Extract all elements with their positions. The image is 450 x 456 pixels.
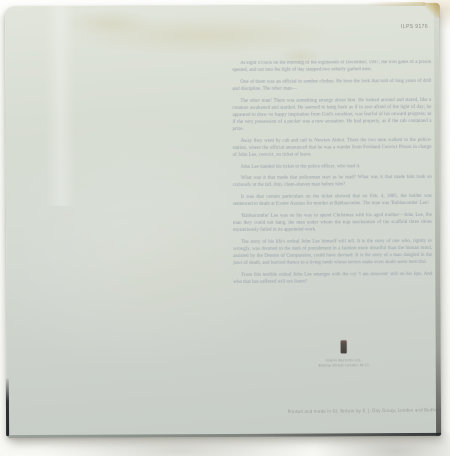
liner-notes: At eight o'clock on the morning of the e…	[232, 59, 432, 290]
album-back-cover-photo: ILPS 9176 At eight o'clock on the mornin…	[0, 0, 450, 456]
liner-paragraph: The other man! There was something stran…	[232, 96, 431, 133]
sleeve-right-edge-shadow	[434, 4, 441, 436]
catalog-number: ILPS 9176	[401, 24, 428, 30]
edge-wear-top	[366, 2, 426, 6]
record-label-block: Island Records Ltd. Basing Street London…	[312, 340, 376, 369]
liner-paragraph: John Lee handed his ticket to the police…	[233, 162, 432, 170]
sleeve-spine-dark-edge	[6, 378, 9, 436]
liner-paragraph: At eight o'clock on the morning of the e…	[232, 59, 431, 74]
liner-paragraph: The story of his life's ordeal John Lee …	[233, 238, 432, 267]
liner-paragraph: 'Babbacombe' Lee was on his way to spend…	[233, 212, 432, 234]
island-records-logo-icon	[341, 340, 347, 353]
print-credit: Printed and made in Gt. Britain by E. J.…	[283, 407, 441, 414]
label-address-line-2: Basing Street London W.11	[312, 363, 376, 368]
album-sleeve: ILPS 9176 At eight o'clock on the mornin…	[5, 4, 441, 438]
paper-sheen	[45, 6, 76, 206]
liner-paragraph: One of them was an official in sombre cl…	[232, 78, 431, 93]
liner-paragraph: From this terrible ordeal John Lee emerg…	[233, 270, 432, 285]
liner-paragraph: What was it that made that policeman sta…	[233, 174, 432, 189]
sleeve-bottom-edge-shadow	[7, 433, 441, 438]
liner-paragraph: Away they went by cab and rail to Newton…	[233, 137, 432, 159]
liner-paragraph: It was that certain particulars on the t…	[233, 193, 432, 208]
